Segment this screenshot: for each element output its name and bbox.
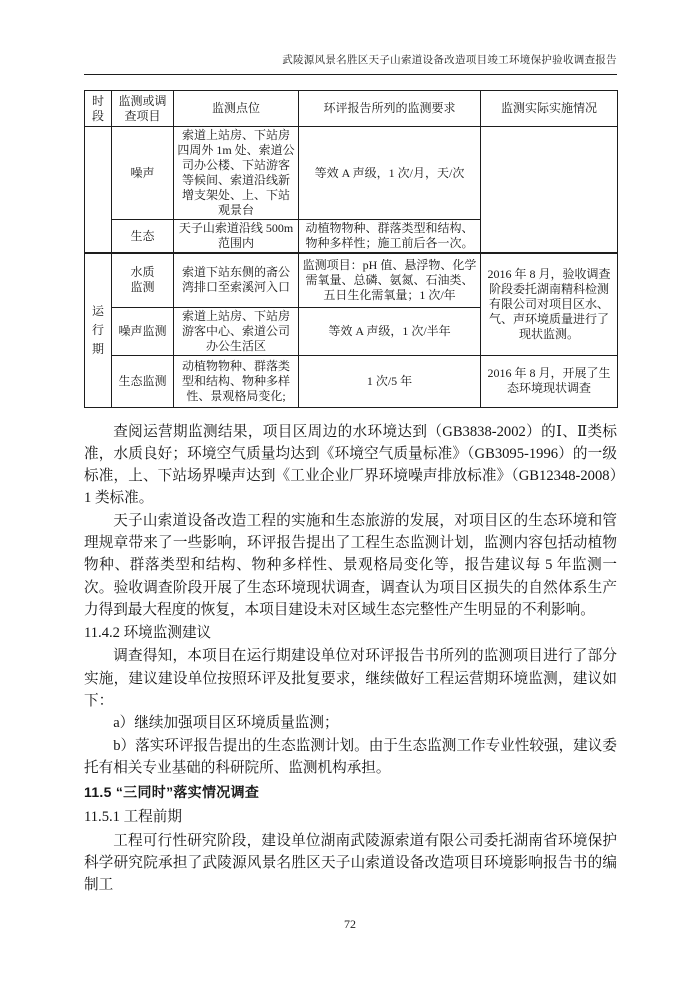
paragraph-eco-impact: 天子山索道设备改造工程的实施和生态旅游的发展，对项目区的生态环境和管理规章带来了… xyxy=(84,510,617,621)
table-header-row: 时段 监测或调查项目 监测点位 环评报告所列的监测要求 监测实际实施情况 xyxy=(85,91,618,127)
paragraph-project-early-stage: 工程可行性研究阶段，建设单位湖南武陵源索道有限公司委托湖南省环境保护科学研究院承… xyxy=(84,830,617,897)
cell-water-noise-implementation: 2016 年 8 月，验收调查阶段委托湖南精科检测有限公司对项目区水、气、声环境… xyxy=(481,253,618,355)
cell-water-requirement: 监测项目：pH 值、悬浮物、化学需氧量、总磷、氨氮、石油类、五日生化需氧量；1 … xyxy=(299,253,481,307)
list-item-b: b）落实环评报告提出的生态监测计划。由于生态监测工作专业性较强，建议委托有相关专… xyxy=(84,735,617,780)
heading-11-5-1: 11.5.1 工程前期 xyxy=(84,806,617,828)
running-header-title: 武陵源风景名胜区天子山索道设备改造项目竣工环境保护验收调查报告 xyxy=(282,55,617,66)
cell-period-blank xyxy=(85,127,112,254)
cell-eco-requirement: 动植物物种、群落类型和结构、物种多样性；施工前后各一次。 xyxy=(299,220,481,254)
cell-water-location: 索道下站东侧的斋公湾排口至索溪河入口 xyxy=(174,253,299,307)
cell-noisemon-item: 噪声监测 xyxy=(112,307,174,355)
monitoring-plan-table: 时段 监测或调查项目 监测点位 环评报告所列的监测要求 监测实际实施情况 噪声 … xyxy=(84,90,618,408)
table-row: 生态监测 动植物物种、群落类型和结构、物种多样性、景观格局变化; 1 次/5 年… xyxy=(85,355,618,407)
cell-eco-location: 天子山索道沿线 500m 范围内 xyxy=(174,220,299,254)
list-item-a: a）继续加强项目区环境质量监测； xyxy=(84,712,617,734)
table-row: 噪声 索道上站房、下站房四周外 1m 处、索道公司办公楼、下站游客等候间、索道沿… xyxy=(85,127,618,220)
cell-ecomon-location: 动植物物种、群落类型和结构、物种多样性、景观格局变化; xyxy=(174,355,299,407)
heading-11-5: 11.5 “三同时”落实情况调查 xyxy=(84,781,617,804)
cell-ecomon-item: 生态监测 xyxy=(112,355,174,407)
cell-noisemon-location: 索道上站房、下站房游客中心、索道公司办公生活区 xyxy=(174,307,299,355)
cell-eco-item: 生态 xyxy=(112,220,174,254)
col-header-item: 监测或调查项目 xyxy=(112,91,174,127)
cell-noise-location: 索道上站房、下站房四周外 1m 处、索道公司办公楼、下站游客等候间、索道沿线新增… xyxy=(174,127,299,220)
table-row: 运行期 水质 监测 索道下站东侧的斋公湾排口至索溪河入口 监测项目：pH 值、悬… xyxy=(85,253,618,307)
heading-11-4-2: 11.4.2 环境监测建议 xyxy=(84,622,617,644)
cell-ecomon-implementation: 2016 年 8 月，开展了生态环境现状调查 xyxy=(481,355,618,407)
col-header-period: 时段 xyxy=(85,91,112,127)
col-header-location: 监测点位 xyxy=(174,91,299,127)
running-header: 武陵源风景名胜区天子山索道设备改造项目竣工环境保护验收调查报告 xyxy=(84,52,617,75)
cell-noisemon-requirement: 等效 A 声级，1 次/半年 xyxy=(299,307,481,355)
cell-period-operation: 运行期 xyxy=(85,253,112,407)
page-number: 72 xyxy=(0,917,700,932)
col-header-requirement: 环评报告所列的监测要求 xyxy=(299,91,481,127)
col-header-implementation: 监测实际实施情况 xyxy=(481,91,618,127)
cell-noise-implementation xyxy=(481,127,618,254)
cell-ecomon-requirement: 1 次/5 年 xyxy=(299,355,481,407)
cell-noise-item: 噪声 xyxy=(112,127,174,220)
cell-noise-requirement: 等效 A 声级，1 次/月，天/次 xyxy=(299,127,481,220)
vertical-period-label: 运行期 xyxy=(91,302,104,358)
page-content: 武陵源风景名胜区天子山索道设备改造项目竣工环境保护验收调查报告 时段 监测或调查… xyxy=(84,52,617,896)
paragraph-monitoring-results: 查阅运营期监测结果，项目区周边的水环境达到（GB3838-2002）的Ⅰ、Ⅱ类标… xyxy=(84,421,617,510)
paragraph-suggestion-intro: 调查得知，本项目在运行期建设单位对环评报告书所列的监测项目进行了部分实施，建议建… xyxy=(84,645,617,712)
cell-water-item: 水质 监测 xyxy=(112,253,174,307)
